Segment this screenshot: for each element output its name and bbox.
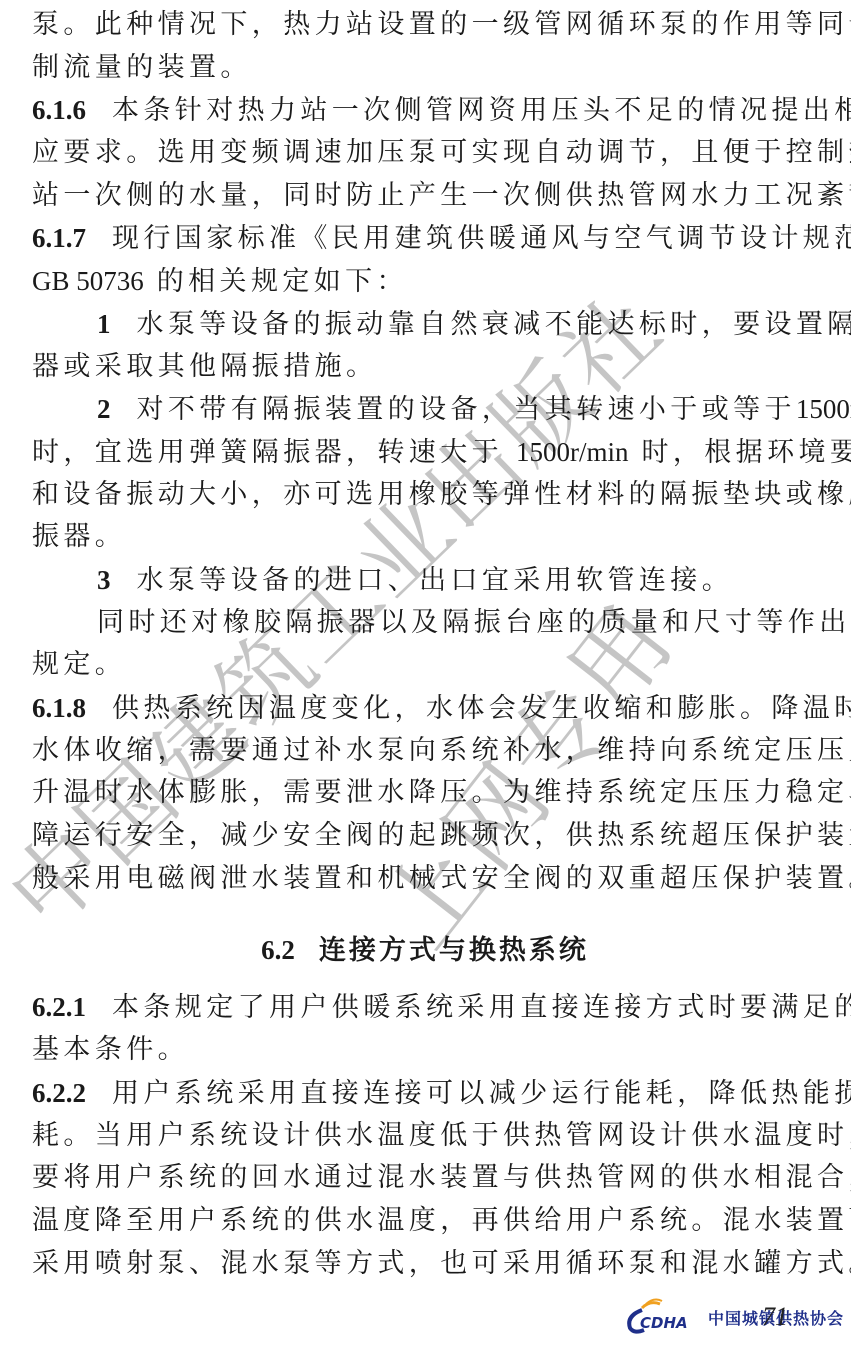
paragraph-line: 要将用户系统的回水通过混水装置与供热管网的供水相混合，将 bbox=[32, 1157, 818, 1200]
line-text: 要将用户系统的回水通过混水装置与供热管网的供水相混合，将 bbox=[32, 1162, 851, 1193]
line-text: 障运行安全，减少安全阀的起跳频次，供热系统超压保护装置一 bbox=[32, 820, 851, 851]
paragraph-line: 水体收缩，需要通过补水泵向系统补水，维持向系统定压压力； bbox=[32, 730, 818, 773]
line-text: 器或采取其他隔振措施。 bbox=[32, 351, 377, 382]
paragraph-line: 应要求。选用变频调速加压泵可实现自动调节，且便于控制热力 bbox=[32, 132, 818, 175]
paragraph-line: 和设备振动大小，亦可选用橡胶等弹性材料的隔振垫块或橡胶减 bbox=[32, 474, 818, 517]
standard-code: GB 50736 bbox=[32, 266, 144, 296]
line-text: 时，根据环境要求 bbox=[628, 437, 851, 468]
item-number: 1 bbox=[97, 309, 111, 339]
clause-number: 6.2.2 bbox=[32, 1078, 86, 1108]
body-text: 泵。此种情况下，热力站设置的一级管网循环泵的作用等同于控 制流量的装置。 6.1… bbox=[32, 4, 818, 1285]
clause-number: 6.1.7 bbox=[32, 223, 86, 253]
list-item-3: 3水泵等设备的进口、出口宜采用软管连接。 bbox=[32, 559, 818, 602]
line-text: 水泵等设备的振动靠自然衰减不能达标时，要设置隔振 bbox=[137, 309, 851, 340]
document-page: 中国建筑工业出版社 上网专用 泵。此种情况下，热力站设置的一级管网循环泵的作用等… bbox=[0, 0, 851, 1351]
paragraph-line: 耗。当用户系统设计供水温度低于供热管网设计供水温度时，需 bbox=[32, 1115, 818, 1158]
line-text: 升温时水体膨胀，需要泄水降压。为维持系统定压压力稳定、保 bbox=[32, 777, 851, 808]
paragraph-line: 器或采取其他隔振措施。 bbox=[32, 346, 818, 389]
clause-6-1-7: 6.1.7现行国家标准《民用建筑供暖通风与空气调节设计规范》 bbox=[32, 217, 818, 260]
line-text: 耗。当用户系统设计供水温度低于供热管网设计供水温度时，需 bbox=[32, 1120, 851, 1151]
paragraph-line: 规定。 bbox=[32, 644, 818, 687]
paragraph-line: 站一次侧的水量，同时防止产生一次侧供热管网水力工况紊乱。 bbox=[32, 175, 818, 218]
paragraph-line: GB 50736 的相关规定如下： bbox=[32, 260, 818, 303]
paragraph-line: 升温时水体膨胀，需要泄水降压。为维持系统定压压力稳定、保 bbox=[32, 772, 818, 815]
line-text: 般采用电磁阀泄水装置和机械式安全阀的双重超压保护装置。 bbox=[32, 863, 851, 894]
line-text: 供热系统因温度变化，水体会发生收缩和膨胀。降温时 bbox=[112, 693, 851, 724]
list-item-2: 2对不带有隔振装置的设备，当其转速小于或等于1500r/min bbox=[32, 388, 818, 431]
line-text: 和设备振动大小，亦可选用橡胶等弹性材料的隔振垫块或橡胶减 bbox=[32, 479, 851, 510]
line-text: 振器。 bbox=[32, 521, 126, 552]
line-text: 基本条件。 bbox=[32, 1034, 189, 1065]
line-text: 的相关规定如下： bbox=[144, 266, 408, 297]
list-item-1: 1水泵等设备的振动靠自然衰减不能达标时，要设置隔振 bbox=[32, 303, 818, 346]
paragraph-line: 般采用电磁阀泄水装置和机械式安全阀的双重超压保护装置。 bbox=[32, 858, 818, 901]
line-text: 对不带有隔振装置的设备，当其转速小于或等于 bbox=[137, 394, 796, 425]
page-number: 71 bbox=[762, 1302, 788, 1332]
line-text: 时，宜选用弹簧隔振器，转速大于 bbox=[32, 437, 516, 468]
paragraph-line: 泵。此种情况下，热力站设置的一级管网循环泵的作用等同于控 bbox=[32, 4, 818, 47]
paragraph-line: 采用喷射泵、混水泵等方式，也可采用循环泵和混水罐方式。 bbox=[32, 1243, 818, 1286]
clause-6-2-2: 6.2.2用户系统采用直接连接可以减少运行能耗，降低热能损 bbox=[32, 1072, 818, 1115]
clause-number: 6.1.8 bbox=[32, 693, 86, 723]
clause-number: 6.1.6 bbox=[32, 95, 86, 125]
line-text: 本条规定了用户供暖系统采用直接连接方式时要满足的 bbox=[112, 992, 851, 1023]
paragraph-line: 时，宜选用弹簧隔振器，转速大于 1500r/min 时，根据环境要求 bbox=[32, 431, 818, 474]
clause-6-1-6: 6.1.6本条针对热力站一次侧管网资用压头不足的情况提出相 bbox=[32, 89, 818, 132]
paragraph-line: 障运行安全，减少安全阀的起跳频次，供热系统超压保护装置一 bbox=[32, 815, 818, 858]
line-text: 水体收缩，需要通过补水泵向系统补水，维持向系统定压压力； bbox=[32, 735, 851, 766]
line-text: 同时还对橡胶隔振器以及隔振台座的质量和尺寸等作出了 bbox=[97, 607, 851, 638]
speed-value: 1500r/min bbox=[516, 437, 629, 467]
section-number: 6.2 bbox=[261, 935, 295, 965]
line-text: 现行国家标准《民用建筑供暖通风与空气调节设计规范》 bbox=[112, 223, 851, 254]
footer: CDHA 中国城镇供热协会 71 bbox=[620, 1298, 851, 1338]
clause-number: 6.2.1 bbox=[32, 992, 86, 1022]
paragraph-line: 温度降至用户系统的供水温度，再供给用户系统。混水装置可以 bbox=[32, 1200, 818, 1243]
paragraph-line: 基本条件。 bbox=[32, 1029, 818, 1072]
cdha-logo-icon: CDHA bbox=[620, 1298, 700, 1336]
clause-6-2-1: 6.2.1本条规定了用户供暖系统采用直接连接方式时要满足的 bbox=[32, 986, 818, 1029]
line-text: 采用喷射泵、混水泵等方式，也可采用循环泵和混水罐方式。 bbox=[32, 1248, 851, 1279]
line-text: 制流量的装置。 bbox=[32, 52, 252, 83]
speed-value: 1500r/min bbox=[796, 394, 851, 424]
line-text: 本条针对热力站一次侧管网资用压头不足的情况提出相 bbox=[112, 95, 851, 126]
section-heading: 6.2连接方式与换热系统 bbox=[32, 914, 818, 986]
line-text: 水泵等设备的进口、出口宜采用软管连接。 bbox=[137, 565, 734, 596]
line-text: 规定。 bbox=[32, 649, 126, 680]
line-text: 用户系统采用直接连接可以减少运行能耗，降低热能损 bbox=[112, 1078, 851, 1109]
svg-text:CDHA: CDHA bbox=[640, 1314, 688, 1332]
line-text: 温度降至用户系统的供水温度，再供给用户系统。混水装置可以 bbox=[32, 1205, 851, 1236]
paragraph-line: 振器。 bbox=[32, 516, 818, 559]
item-number: 3 bbox=[97, 565, 111, 595]
line-text: 泵。此种情况下，热力站设置的一级管网循环泵的作用等同于控 bbox=[32, 9, 851, 40]
paragraph-line: 同时还对橡胶隔振器以及隔振台座的质量和尺寸等作出了 bbox=[32, 602, 818, 645]
line-text: 站一次侧的水量，同时防止产生一次侧供热管网水力工况紊乱。 bbox=[32, 180, 851, 211]
section-title: 连接方式与换热系统 bbox=[319, 935, 589, 966]
item-number: 2 bbox=[97, 394, 111, 424]
clause-6-1-8: 6.1.8供热系统因温度变化，水体会发生收缩和膨胀。降温时 bbox=[32, 687, 818, 730]
paragraph-line: 制流量的装置。 bbox=[32, 47, 818, 90]
line-text: 应要求。选用变频调速加压泵可实现自动调节，且便于控制热力 bbox=[32, 137, 851, 168]
